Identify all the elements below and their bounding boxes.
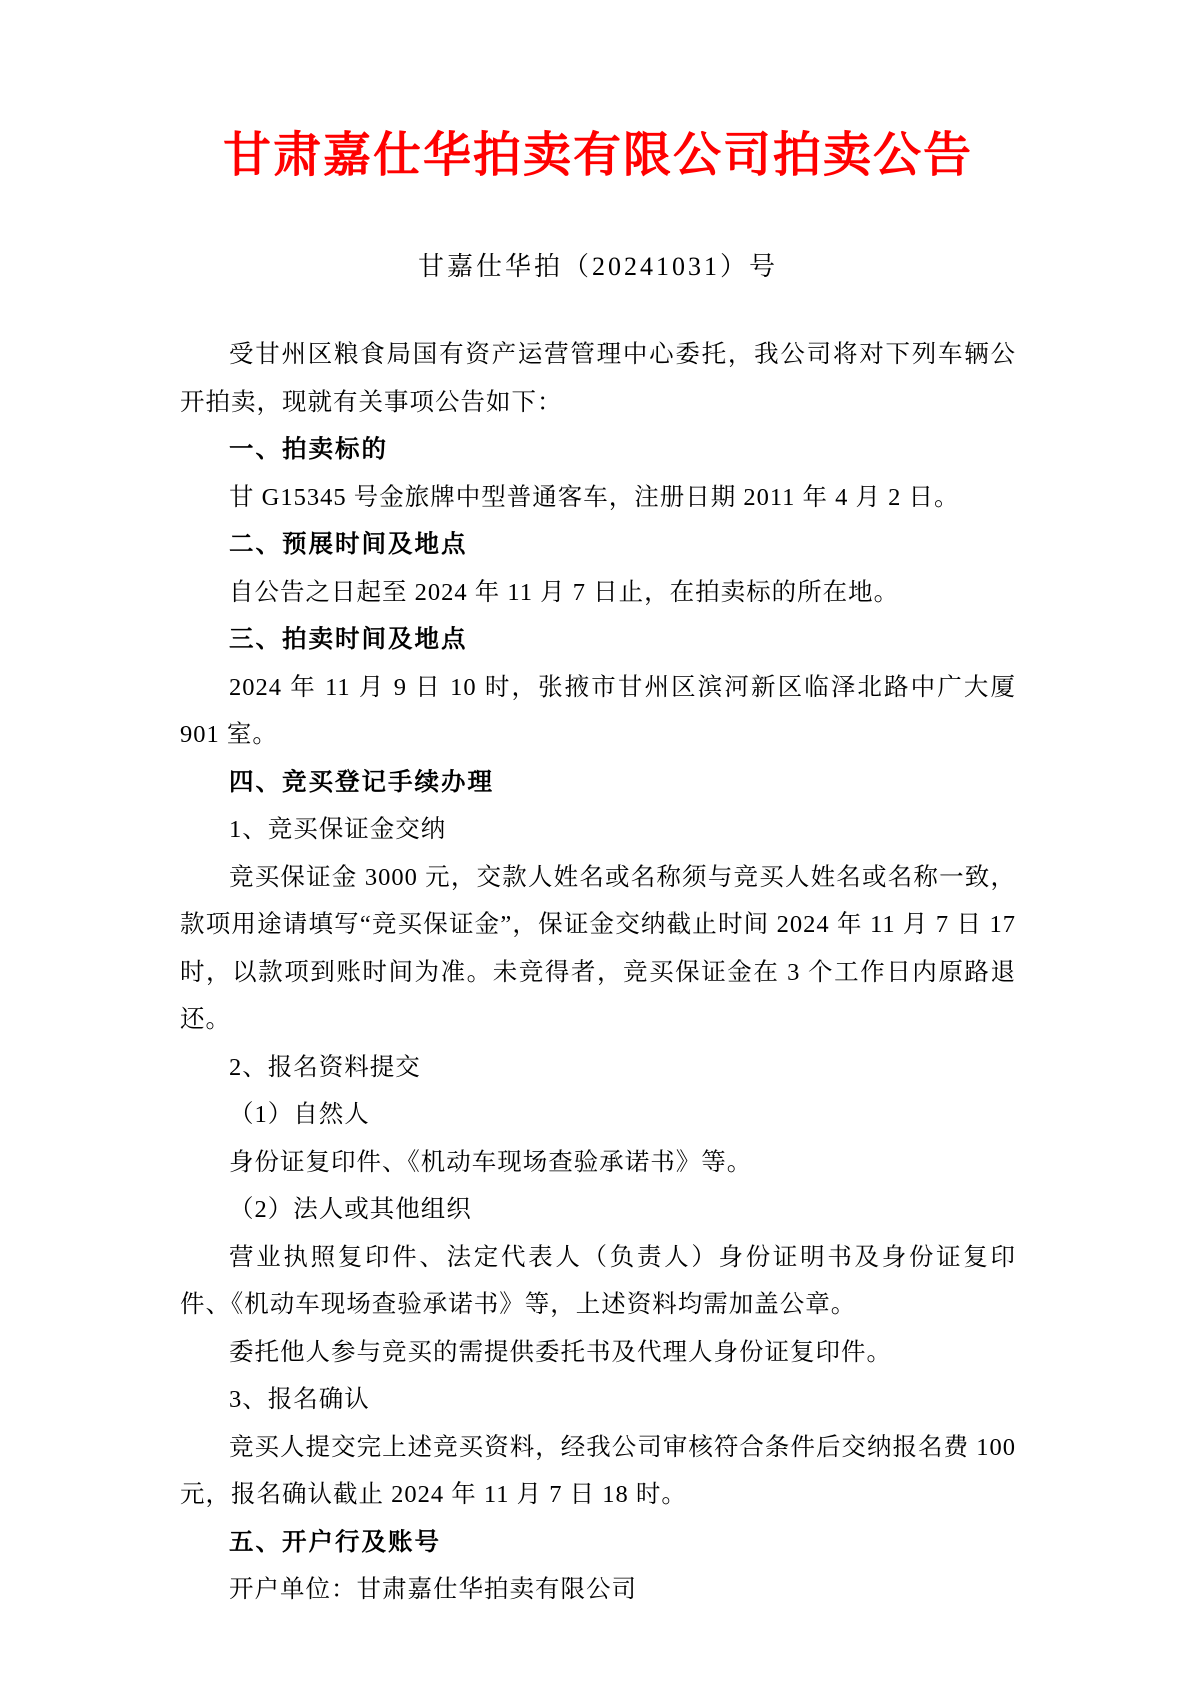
- document-page: 甘肃嘉仕华拍卖有限公司拍卖公告 甘嘉仕华拍（20241031）号 受甘州区粮食局…: [0, 0, 1191, 1684]
- paragraph: 3、报名确认: [180, 1376, 1016, 1424]
- document-body: 受甘州区粮食局国有资产运营管理中心委托，我公司将对下列车辆公开拍卖，现就有关事项…: [180, 331, 1016, 1614]
- paragraph: 2、报名资料提交: [180, 1044, 1016, 1092]
- paragraph: （1）自然人: [180, 1091, 1016, 1139]
- paragraph: 甘 G15345 号金旅牌中型普通客车，注册日期 2011 年 4 月 2 日。: [180, 474, 1016, 522]
- document-title: 甘肃嘉仕华拍卖有限公司拍卖公告: [180, 124, 1016, 188]
- section-heading: 一、拍卖标的: [180, 426, 1016, 474]
- paragraph: 竞买人提交完上述竞买资料，经我公司审核符合条件后交纳报名费 100 元，报名确认…: [180, 1424, 1016, 1519]
- paragraph: 营业执照复印件、法定代表人（负责人）身份证明书及身份证复印件、《机动车现场查验承…: [180, 1234, 1016, 1329]
- section-heading: 三、拍卖时间及地点: [180, 616, 1016, 664]
- paragraph: 竞买保证金 3000 元，交款人姓名或名称须与竞买人姓名或名称一致，款项用途请填…: [180, 854, 1016, 1044]
- paragraph: 开户单位：甘肃嘉仕华拍卖有限公司: [180, 1566, 1016, 1614]
- paragraph: 身份证复印件、《机动车现场查验承诺书》等。: [180, 1139, 1016, 1187]
- document-number: 甘嘉仕华拍（20241031）号: [180, 248, 1016, 286]
- paragraph: 2024 年 11 月 9 日 10 时，张掖市甘州区滨河新区临泽北路中广大厦 …: [180, 664, 1016, 759]
- paragraph: （2）法人或其他组织: [180, 1186, 1016, 1234]
- paragraph: 委托他人参与竞买的需提供委托书及代理人身份证复印件。: [180, 1329, 1016, 1377]
- intro-paragraph: 受甘州区粮食局国有资产运营管理中心委托，我公司将对下列车辆公开拍卖，现就有关事项…: [180, 331, 1016, 426]
- sections-container: 一、拍卖标的甘 G15345 号金旅牌中型普通客车，注册日期 2011 年 4 …: [180, 426, 1016, 1614]
- paragraph: 自公告之日起至 2024 年 11 月 7 日止，在拍卖标的所在地。: [180, 569, 1016, 617]
- section-heading: 二、预展时间及地点: [180, 521, 1016, 569]
- section-heading: 四、竞买登记手续办理: [180, 759, 1016, 807]
- section-heading: 五、开户行及账号: [180, 1519, 1016, 1567]
- paragraph: 1、竞买保证金交纳: [180, 806, 1016, 854]
